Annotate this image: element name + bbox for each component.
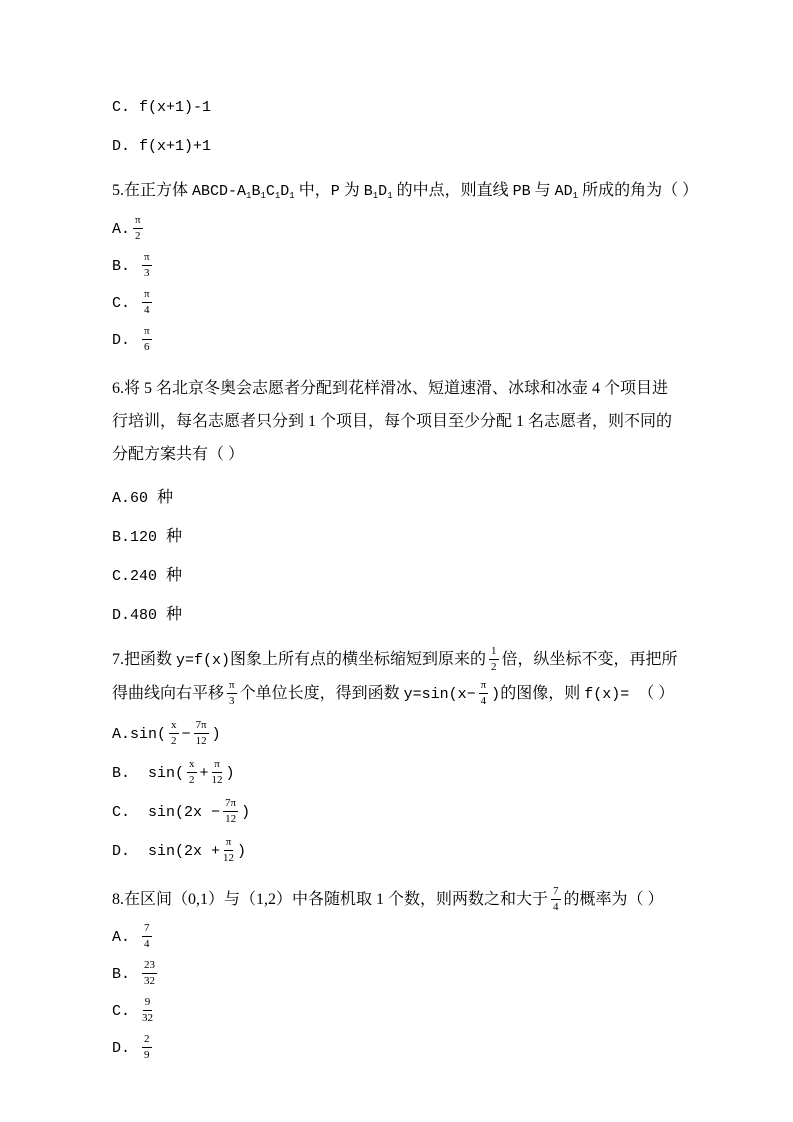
body-text: 得曲线向右平移 bbox=[112, 685, 224, 702]
body-text: 个单位长度，得到函数 bbox=[240, 685, 404, 702]
math-text: y=sin(x− bbox=[404, 686, 476, 703]
fraction-denominator: 3 bbox=[144, 266, 150, 280]
math-text: D. bbox=[112, 1040, 139, 1057]
fraction-denominator: 6 bbox=[144, 340, 150, 354]
body-text: 6.将 5 名北京冬奥会志愿者分配到花样滑冰、短道速滑、冰球和冰壶 4 个项目进 bbox=[112, 380, 668, 397]
question-6-option-A: A.60 种 bbox=[112, 487, 723, 510]
fraction: π6 bbox=[142, 325, 152, 353]
question-8-stem: 8.在区间（0,1）与（1,2）中各随机取 1 个数，则两数之和大于74的概率为… bbox=[112, 883, 723, 916]
fraction-numerator: 23 bbox=[142, 959, 157, 974]
fraction: 2332 bbox=[142, 959, 157, 987]
fraction-numerator: 7π bbox=[223, 797, 238, 812]
fraction: π4 bbox=[479, 679, 489, 707]
fraction-numerator: 2 bbox=[142, 1033, 152, 1048]
fraction: π12 bbox=[212, 758, 223, 786]
question-6-stem-line-2: 行培训，每名志愿者只分到 1 个项目，每个项目至少分配 1 名志愿者，则不同的 bbox=[112, 405, 723, 438]
fraction: 74 bbox=[551, 885, 561, 913]
fraction: π3 bbox=[142, 251, 152, 279]
question-7-option-A: A.sin(x2−7π12) bbox=[112, 719, 723, 750]
fraction-numerator: π bbox=[227, 679, 237, 694]
body-text: 种 bbox=[157, 489, 173, 506]
fraction-numerator: 1 bbox=[489, 645, 499, 660]
fraction: π12 bbox=[223, 836, 234, 864]
question-7-option-B: B. sin(x2+π12) bbox=[112, 758, 723, 789]
fraction: 29 bbox=[142, 1033, 152, 1061]
math-text: AD bbox=[555, 183, 573, 200]
fraction-numerator: π bbox=[142, 251, 152, 266]
body-text: 的概率为（ ） bbox=[564, 891, 664, 908]
fraction-denominator: 4 bbox=[144, 303, 150, 317]
question-7-stem-line-1: 7.把函数 y=f(x)图象上所有点的横坐标缩短到原来的12倍，纵坐标不变，再把… bbox=[112, 643, 723, 677]
body-text: 种 bbox=[166, 528, 182, 545]
question-7-option-D: D. sin(2x +π12) bbox=[112, 836, 723, 867]
body-text: 的中点，则直线 bbox=[393, 182, 513, 199]
fraction: 7π12 bbox=[194, 719, 209, 747]
body-text: 分配方案共有（ ） bbox=[112, 446, 244, 463]
body-text: 所成的角为（ ） bbox=[578, 182, 698, 199]
math-text: D bbox=[280, 183, 289, 200]
question-8-option-C: C. 932 bbox=[112, 996, 723, 1027]
question-7-stem-line-2: 得曲线向右平移π3个单位长度，得到函数 y=sin(x−π4)的图像，则 f(x… bbox=[112, 677, 723, 711]
math-text: B. bbox=[112, 966, 139, 983]
fraction: π3 bbox=[227, 679, 237, 707]
fraction-denominator: 3 bbox=[229, 694, 235, 708]
math-text: ) bbox=[226, 765, 235, 782]
math-text: D.480 bbox=[112, 607, 166, 624]
math-text: A. bbox=[112, 929, 139, 946]
fraction-numerator: π bbox=[224, 836, 234, 851]
body-text: 为 bbox=[340, 182, 364, 199]
fraction: 7π12 bbox=[223, 797, 238, 825]
math-text: D. sin(2x + bbox=[112, 843, 220, 860]
math-text: ) bbox=[241, 804, 250, 821]
body-text: 中， bbox=[295, 182, 331, 199]
math-text: PB bbox=[513, 183, 531, 200]
fraction-denominator: 2 bbox=[171, 734, 177, 748]
body-text: 行培训，每名志愿者只分到 1 个项目，每个项目至少分配 1 名志愿者，则不同的 bbox=[112, 413, 672, 430]
fraction-denominator: 12 bbox=[225, 812, 236, 826]
fraction-denominator: 2 bbox=[491, 660, 497, 674]
fraction-numerator: π bbox=[133, 214, 143, 229]
fraction: 74 bbox=[142, 922, 152, 950]
fraction: x2 bbox=[187, 758, 197, 786]
fraction-numerator: 9 bbox=[143, 996, 153, 1011]
question-4-option-D: D. f(x+1)+1 bbox=[112, 135, 723, 158]
fraction-numerator: 7 bbox=[551, 885, 561, 900]
math-text: f(x)= bbox=[584, 686, 638, 703]
math-text: ) bbox=[237, 843, 246, 860]
question-7-option-C: C. sin(2x −7π12) bbox=[112, 797, 723, 828]
body-text: 的图像，则 bbox=[500, 685, 584, 702]
question-5-option-B: B. π3 bbox=[112, 251, 723, 282]
math-text: C. sin(2x − bbox=[112, 804, 220, 821]
fraction: 932 bbox=[142, 996, 153, 1024]
fraction-numerator: 7 bbox=[142, 922, 152, 937]
question-8-option-A: A. 74 bbox=[112, 922, 723, 953]
math-text: C.240 bbox=[112, 568, 166, 585]
fraction-numerator: x bbox=[169, 719, 179, 734]
math-text: A.60 bbox=[112, 490, 157, 507]
fraction: x2 bbox=[169, 719, 179, 747]
question-6-stem-line-3: 分配方案共有（ ） bbox=[112, 438, 723, 471]
document-page: C. f(x+1)-1D. f(x+1)+15.在正方体 ABCD-A1B1C1… bbox=[0, 0, 793, 1122]
body-text: 7.把函数 bbox=[112, 651, 176, 668]
question-5-stem: 5.在正方体 ABCD-A1B1C1D1 中，P 为 B1D1 的中点，则直线 … bbox=[112, 174, 723, 208]
math-text: − bbox=[182, 726, 191, 743]
fraction-denominator: 4 bbox=[553, 900, 559, 914]
body-text: 5.在正方体 bbox=[112, 182, 192, 199]
fraction-denominator: 9 bbox=[144, 1048, 150, 1062]
math-text: y=f(x) bbox=[176, 652, 230, 669]
fraction-numerator: 7π bbox=[194, 719, 209, 734]
math-text: B bbox=[364, 183, 373, 200]
fraction-numerator: π bbox=[142, 325, 152, 340]
math-text: C. bbox=[112, 1003, 139, 1020]
math-text: C bbox=[266, 183, 275, 200]
fraction-denominator: 12 bbox=[212, 773, 223, 787]
fraction-denominator: 4 bbox=[481, 694, 487, 708]
math-text: D bbox=[378, 183, 387, 200]
question-6-option-B: B.120 种 bbox=[112, 526, 723, 549]
fraction-denominator: 32 bbox=[142, 1011, 153, 1025]
math-text: ) bbox=[212, 726, 221, 743]
body-text: （ ） bbox=[638, 685, 674, 702]
math-text: A. bbox=[112, 221, 130, 238]
fraction-numerator: π bbox=[479, 679, 489, 694]
math-text: ABCD-A bbox=[192, 183, 246, 200]
fraction-numerator: π bbox=[212, 758, 222, 773]
fraction: π2 bbox=[133, 214, 143, 242]
math-text: B. sin( bbox=[112, 765, 184, 782]
body-text: 与 bbox=[531, 182, 555, 199]
math-text: D. bbox=[112, 332, 139, 349]
question-5-option-D: D. π6 bbox=[112, 325, 723, 356]
fraction-numerator: π bbox=[142, 288, 152, 303]
fraction-denominator: 12 bbox=[196, 734, 207, 748]
question-4-option-C: C. f(x+1)-1 bbox=[112, 96, 723, 119]
question-5-option-A: A.π2 bbox=[112, 214, 723, 245]
math-text: + bbox=[200, 765, 209, 782]
math-text: B. bbox=[112, 258, 139, 275]
body-text: 种 bbox=[166, 606, 182, 623]
fraction-denominator: 2 bbox=[135, 229, 141, 243]
math-text: D. f(x+1)+1 bbox=[112, 138, 211, 155]
math-text: ) bbox=[491, 686, 500, 703]
question-6-stem-line-1: 6.将 5 名北京冬奥会志愿者分配到花样滑冰、短道速滑、冰球和冰壶 4 个项目进 bbox=[112, 372, 723, 405]
fraction: 12 bbox=[489, 645, 499, 673]
fraction-denominator: 12 bbox=[223, 851, 234, 865]
question-5-option-C: C. π4 bbox=[112, 288, 723, 319]
fraction-denominator: 4 bbox=[144, 937, 150, 951]
fraction-denominator: 32 bbox=[144, 974, 155, 988]
body-text: 图象上所有点的横坐标缩短到原来的 bbox=[230, 651, 486, 668]
question-6-option-C: C.240 种 bbox=[112, 565, 723, 588]
body-text: 倍，纵坐标不变，再把所 bbox=[502, 651, 678, 668]
question-8-option-B: B. 2332 bbox=[112, 959, 723, 990]
math-text: C. f(x+1)-1 bbox=[112, 99, 211, 116]
fraction-numerator: x bbox=[187, 758, 197, 773]
body-text: 8.在区间（0,1）与（1,2）中各随机取 1 个数，则两数之和大于 bbox=[112, 891, 548, 908]
fraction: π4 bbox=[142, 288, 152, 316]
question-8-option-D: D. 29 bbox=[112, 1033, 723, 1064]
math-text: B.120 bbox=[112, 529, 166, 546]
fraction-denominator: 2 bbox=[189, 773, 195, 787]
math-text: C. bbox=[112, 295, 139, 312]
math-text: A.sin( bbox=[112, 726, 166, 743]
question-6-option-D: D.480 种 bbox=[112, 604, 723, 627]
body-text: 种 bbox=[166, 567, 182, 584]
math-text: P bbox=[331, 183, 340, 200]
